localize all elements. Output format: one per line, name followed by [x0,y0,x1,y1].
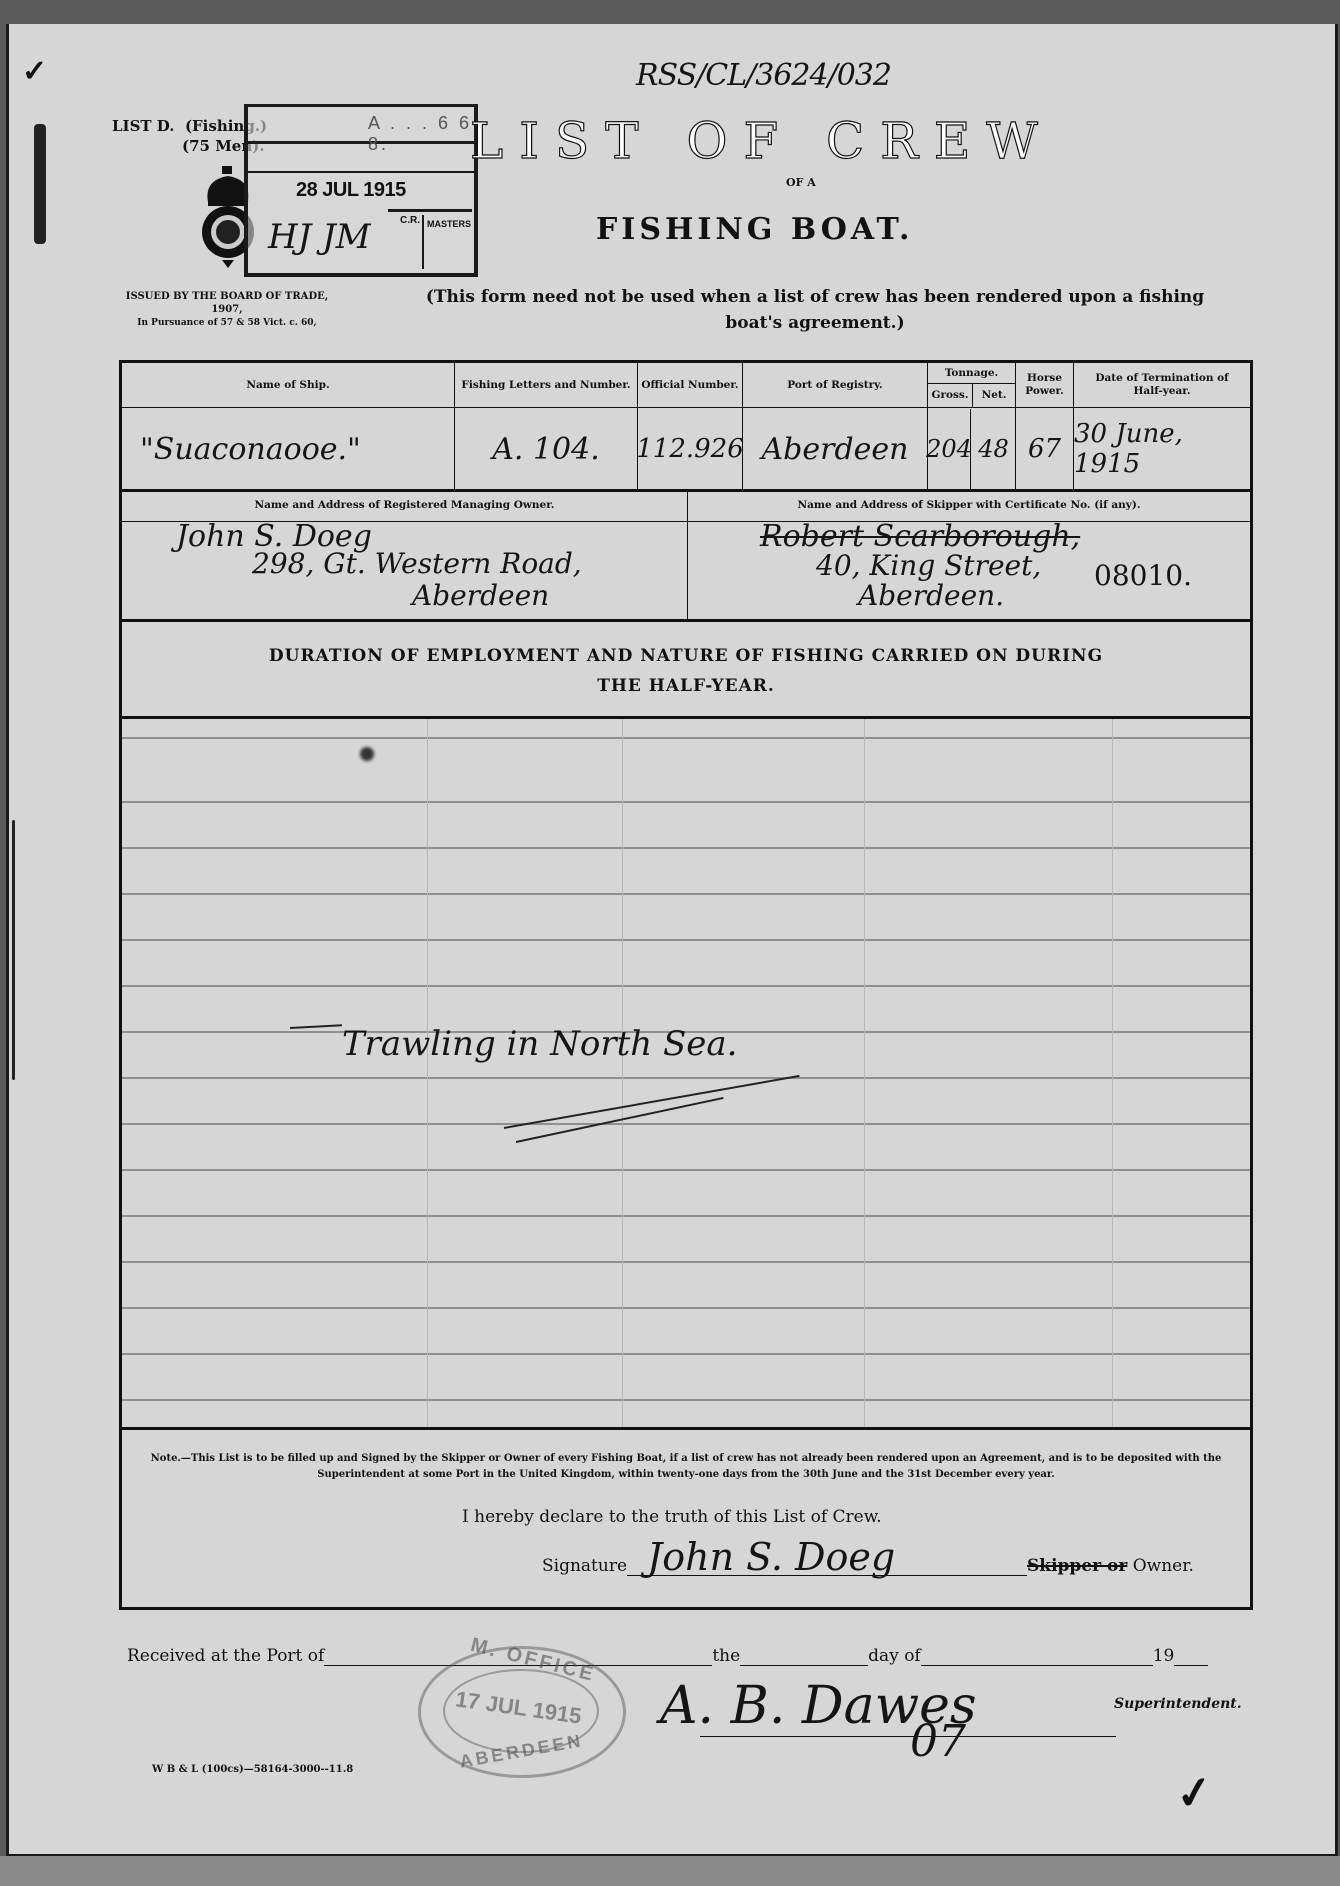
declaration-section: Note.—This List is to be filled up and S… [122,1427,1250,1607]
port-cell: Port of Registry. Aberdeen [743,363,928,489]
signature-label: Signature [542,1556,627,1576]
skipper-cell: Name and Address of Skipper with Certifi… [688,489,1250,619]
ship-name-value: "Suaconaooe." [122,409,454,489]
checkmark-icon: ✓ [1173,1766,1217,1822]
superintendent-number: 07 [910,1716,966,1767]
declaration-statement: I hereby declare to the truth of this Li… [462,1507,882,1527]
receipt-row: Received at the Port of the day of 19 [127,1646,1208,1666]
ship-details-row: Name of Ship. "Suaconaooe." Fishing Lett… [122,363,1250,492]
superintendent-signature-line [700,1736,1116,1737]
received-month-field [921,1647,1153,1666]
filing-note: Note.—This List is to be filled up and S… [142,1451,1230,1483]
stamp-masters-label: MASTERS [422,215,474,269]
owner-skipper-row: Name and Address of Registered Managing … [122,489,1250,622]
termination-date-cell: Date of Termination of Half-year. 30 Jun… [1074,363,1250,489]
binding-string [12,820,15,1080]
employment-ruled-area: Trawling in North Sea. [122,719,1250,1430]
received-year-label: 19 [1153,1646,1175,1666]
stamp-reference: A . . . 6 6 8. [368,113,474,155]
owner-cell: Name and Address of Registered Managing … [122,489,688,619]
termination-date-value: 30 June, 1915 [1074,409,1250,489]
stamp-cr-label: C.R. [400,215,420,226]
employment-heading: DURATION OF EMPLOYMENT AND NATURE OF FIS… [122,619,1250,719]
skipper-certificate-number: 08010. [1094,559,1192,592]
checkmark-icon: ✓ [22,54,47,89]
binding-mark [34,124,46,244]
printer-imprint: W B & L (100cs)—58164-3000--11.8 [152,1764,353,1775]
stamp-date: 28 JUL 1915 [296,179,406,202]
received-stamp: A . . . 6 6 8. 28 JUL 1915 C.R. MASTERS … [244,104,478,277]
owner-label: Owner. [1133,1556,1194,1576]
office-date-stamp: M. OFFICE 17 JUL 1915 ABERDEEN [418,1646,626,1778]
fishing-letters-cell: Fishing Letters and Number. A. 104. [455,363,638,489]
owner-address-line1: 298, Gt. Western Road, [252,547,582,580]
received-port-label: Received at the Port of [127,1646,324,1666]
crew-form-table: Name of Ship. "Suaconaooe." Fishing Lett… [119,360,1253,1610]
skipper-address-line1: 40, King Street, [816,549,1041,582]
skipper-address-line2: Aberdeen. [858,579,1004,612]
superintendent-label: Superintendent. [1114,1696,1242,1712]
owner-address-line2: Aberdeen [412,579,549,612]
usage-note: (This form need not be used when a list … [410,284,1220,336]
received-day-field [740,1647,868,1666]
ship-name-cell: Name of Ship. "Suaconaooe." [122,363,455,489]
horse-power-cell: Horse Power. 67 [1016,363,1074,489]
net-tonnage-value: 48 [972,409,1015,489]
fishing-letters-value: A. 104. [455,409,637,489]
signature-field: John S. Doeg [627,1545,1027,1576]
scan-shadow [0,1856,1340,1886]
received-year-field [1174,1647,1208,1666]
employment-entry: Trawling in North Sea. [342,1024,737,1064]
owner-signature: John S. Doeg [647,1535,895,1579]
horse-power-value: 67 [1016,409,1073,489]
title-connector: OF A [786,176,816,189]
official-number-value: 112.926 [638,409,742,489]
issued-by: ISSUED BY THE BOARD OF TRADE, 1907, [112,290,342,316]
signature-row: Signature John S. Doeg Skipper or Owner. [542,1545,1194,1576]
archive-reference: RSS/CL/3624/032 [636,58,891,93]
official-number-cell: Official Number. 112.926 [638,363,743,489]
received-the-label: the [712,1646,740,1666]
gross-tonnage-value: 204 [928,409,971,489]
skipper-struck-label: Skipper or [1027,1556,1127,1576]
received-day-of-label: day of [868,1646,921,1666]
page-title: LIST OF CREW [470,112,1054,170]
pursuance-note: In Pursuance of 57 & 58 Vict. c. 60, [112,318,342,328]
tonnage-cell: Tonnage. Gross. Net. 204 48 [928,363,1016,489]
stamp-initials: HJ JM [268,217,371,257]
port-value: Aberdeen [743,409,927,489]
ink-blot [360,747,374,761]
underline-flourish [504,1075,800,1129]
page-subtitle: FISHING BOAT. [596,212,913,247]
